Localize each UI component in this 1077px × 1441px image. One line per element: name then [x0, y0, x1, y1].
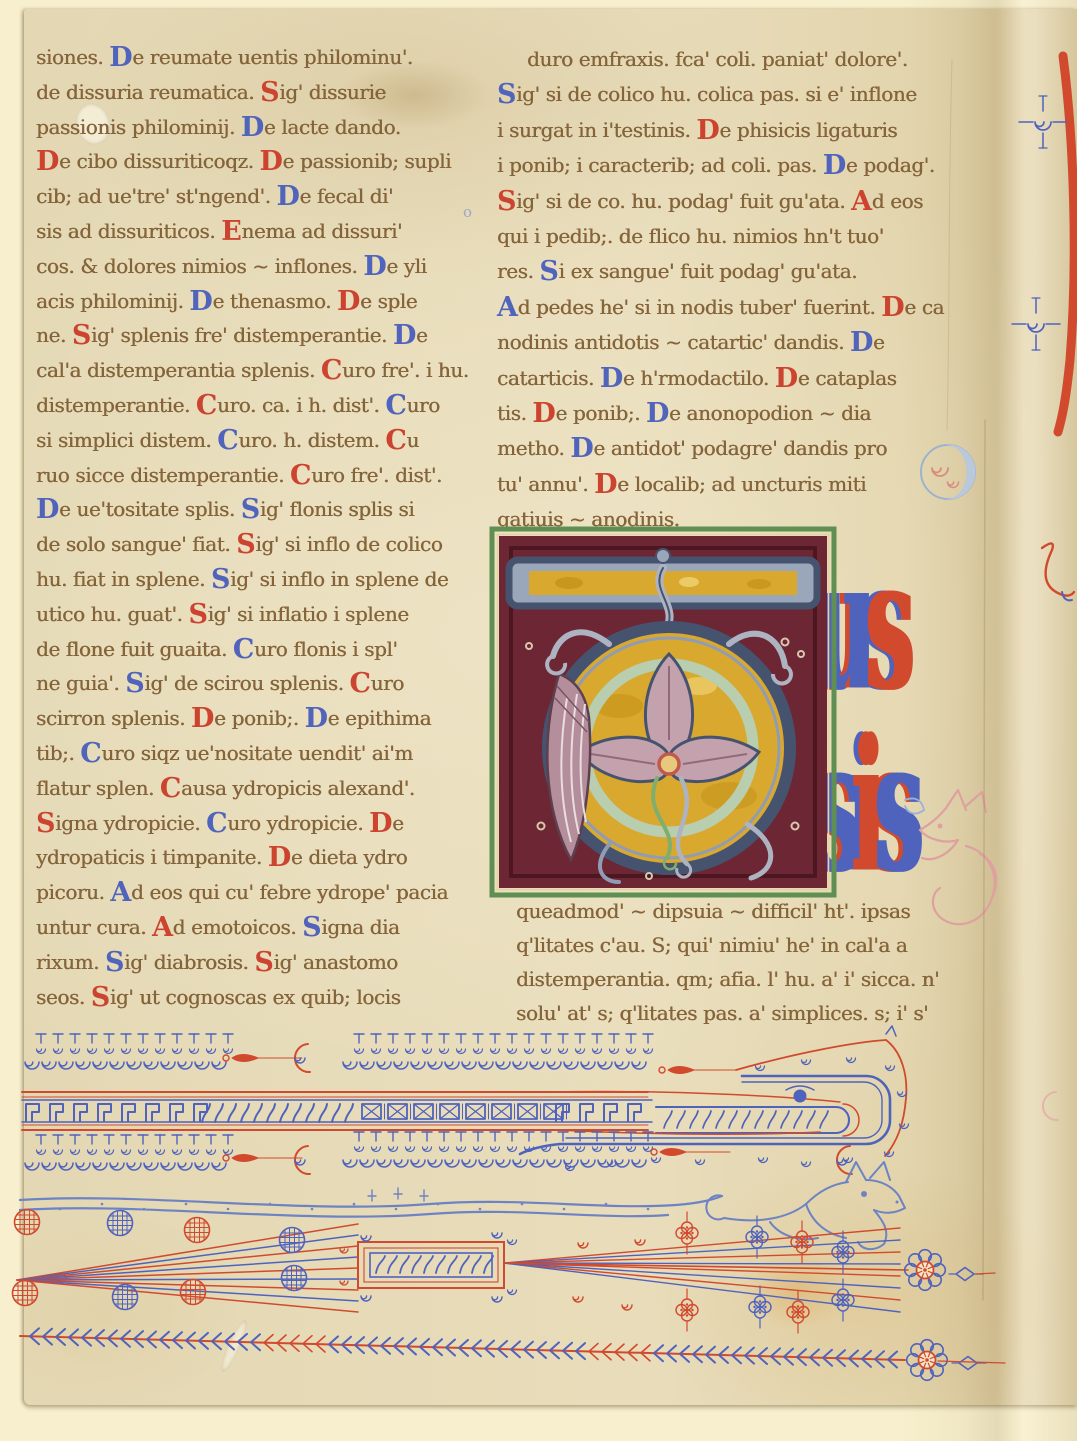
text-line: De cibo dissuriticoqz. De passionib; sup… [36, 144, 472, 179]
text-line: duro emfraxis. fca' coli. paniat' dolore… [497, 42, 949, 77]
text-line: rixum. Sig' diabrosis. Sig' anastomo [36, 945, 472, 980]
text-line: de flone fuit guaita. Curo flonis i spl' [36, 632, 472, 667]
text-line: hu. fiat in splene. Sig' si inflo in spl… [36, 562, 472, 597]
text-line: tu' annu'. De localib; ad uncturis miti [497, 467, 949, 502]
text-line: i surgat in i'testinis. De phisicis liga… [497, 113, 949, 148]
text-line: scirron splenis. De ponib;. De epithima [36, 701, 472, 736]
text-line: cal'a distemperantia splenis. Curo fre'.… [36, 353, 472, 388]
text-line: tis. De ponib;. De anonopodion ~ dia [497, 396, 949, 431]
text-line: catarticis. De h'rmodactilo. De cataplas [497, 361, 949, 396]
text-line: res. Si ex sangue' fuit podag' gu'ata. [497, 254, 949, 289]
text-line: distemperantia. qm; afia. l' hu. a' i' s… [516, 962, 956, 996]
text-line: Sig' si de co. hu. podag' fuit gu'ata. A… [497, 184, 949, 219]
text-line: Sig' si de colico hu. colica pas. si e' … [497, 77, 949, 112]
text-line: flatur splen. Causa ydropicis alexand'. [36, 771, 472, 806]
text-line: ne guia'. Sig' de scirou splenis. Curo [36, 666, 472, 701]
text-line: i ponib; i caracterib; ad coli. pas. De … [497, 148, 949, 183]
text-line: passionis philominij. De lacte dando. [36, 110, 472, 145]
text-line: q'litates c'au. S; qui' nimiu' he' in ca… [516, 928, 956, 962]
text-column-left: siones. De reumate uentis philominu'.de … [36, 40, 472, 1014]
intercolumn-mark: o [463, 203, 472, 221]
illuminated-initial-T [489, 526, 837, 898]
text-line: acis philominij. De thenasmo. De sple [36, 284, 472, 319]
text-line: De ue'tositate splis. Sig' flonis splis … [36, 492, 472, 527]
text-line: qui i pedib;. de flico hu. nimios hn't t… [497, 219, 949, 254]
text-line: si simplici distem. Curo. h. distem. Cu [36, 423, 472, 458]
text-line: metho. De antidot' podagre' dandis pro [497, 431, 949, 466]
text-line: picoru. Ad eos qui cu' febre ydrope' pac… [36, 875, 472, 910]
text-line: cib; ad ue'tre' st'ngend'. De fecal di' [36, 179, 472, 214]
text-line: Ad pedes he' si in nodis tuber' fuerint.… [497, 290, 949, 325]
text-line: de solo sangue' fiat. Sig' si inflo de c… [36, 527, 472, 562]
text-line: sis ad dissuriticos. Enema ad dissuri' [36, 214, 472, 249]
text-column-right-bottom: queadmod' ~ dipsuia ~ difficil' ht'. ips… [516, 894, 956, 1030]
text-line: tib;. Curo siqz ue'nositate uendit' ai'm [36, 736, 472, 771]
text-line: distemperantie. Curo. ca. i h. dist'. Cu… [36, 388, 472, 423]
text-line: de dissuria reumatica. Sig' dissurie [36, 75, 472, 110]
text-line: untur cura. Ad emotoicos. Signa dia [36, 910, 472, 945]
text-line: seos. Sig' ut cognoscas ex quib; locis [36, 980, 472, 1015]
text-column-right-top: duro emfraxis. fca' coli. paniat' dolore… [497, 42, 949, 537]
text-line: cos. & dolores nimios ~ inflones. De yli [36, 249, 472, 284]
manuscript-photo: { "document": { "kind": "illuminated med… [0, 0, 1077, 1441]
text-line: ne. Sig' splenis fre' distemperantie. De [36, 318, 472, 353]
text-line: siones. De reumate uentis philominu'. [36, 40, 472, 75]
text-line: ydropaticis i timpanite. De dieta ydro [36, 840, 472, 875]
text-line: ruo sicce distemperantie. Curo fre'. dis… [36, 458, 472, 493]
text-line: utico hu. guat'. Sig' si inflatio i sple… [36, 597, 472, 632]
text-line: nodinis antidotis ~ catartic' dandis. De [497, 325, 949, 360]
text-line: solu' at' s; q'litates pas. a' simplices… [516, 996, 956, 1030]
illuminated-initial-artwork [489, 526, 837, 898]
text-line: Signa ydropicie. Curo ydropicie. De [36, 806, 472, 841]
